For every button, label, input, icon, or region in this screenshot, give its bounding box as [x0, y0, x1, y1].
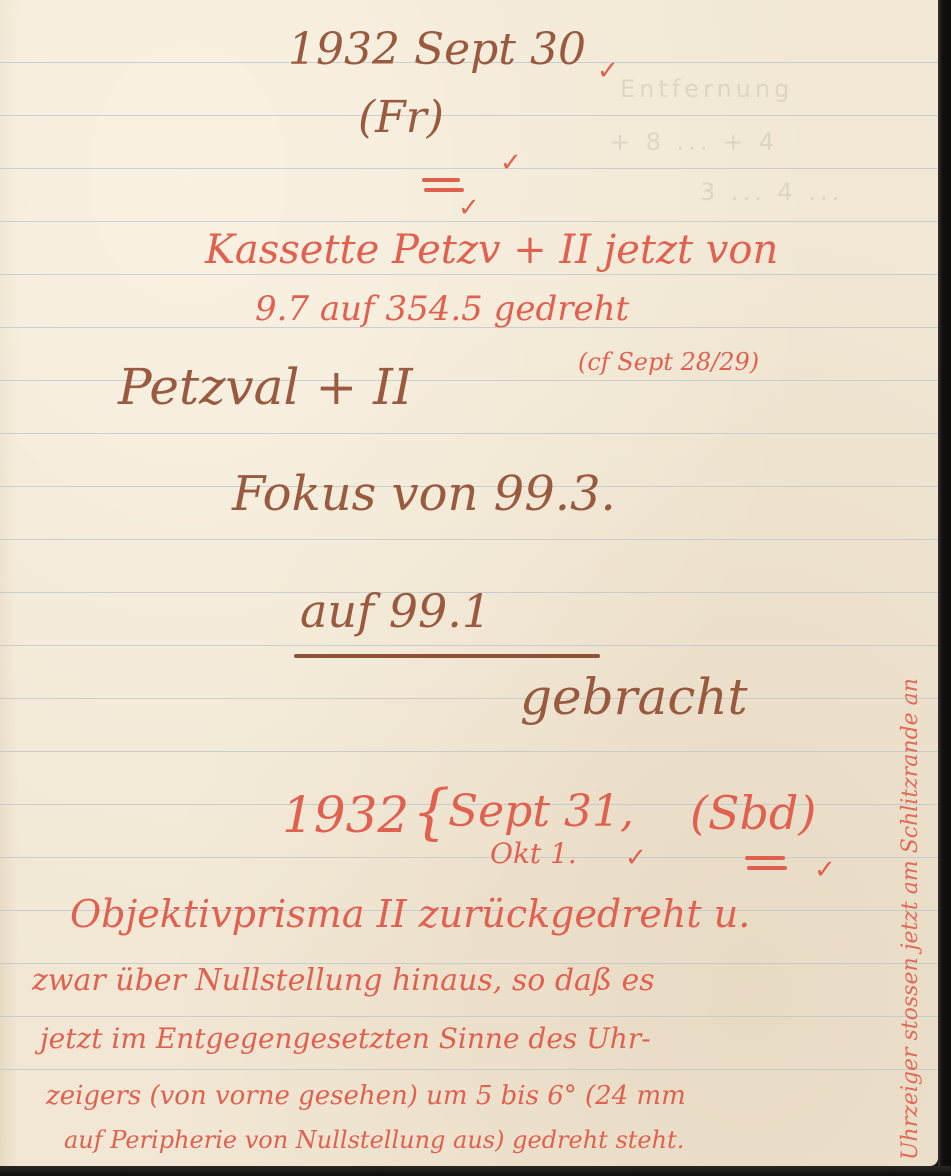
rule-line — [0, 698, 938, 699]
entry2-text-line: jetzt im Entgegengesetzten Sinne des Uhr… — [40, 1025, 651, 1053]
checkmark-icon: ✓ — [814, 857, 836, 883]
entry1-red-note-line2: 9.7 auf 354.5 gedreht — [255, 292, 629, 326]
double-underline — [747, 866, 787, 870]
entry1-lens: Petzval + II — [118, 362, 413, 412]
entry2-day: (Sbd) — [690, 790, 816, 836]
double-underline — [745, 856, 785, 860]
rule-line — [0, 168, 938, 169]
checkmark-icon: ✓ — [625, 845, 647, 871]
entry1-focus-line3: gebracht — [520, 672, 748, 722]
rule-line — [0, 115, 938, 116]
checkmark-icon: ✓ — [597, 58, 619, 84]
double-underline — [422, 178, 460, 182]
entry1-day: (Fr) — [358, 96, 444, 140]
entry2-date-line2: Okt 1. — [490, 840, 577, 868]
entry1-date: 1932 Sept 30 — [288, 28, 586, 72]
entry2-text-line: auf Peripherie von Nullstellung aus) ged… — [64, 1128, 684, 1152]
rule-line — [0, 751, 938, 752]
entry2-text-line: zeigers (von vorne gesehen) um 5 bis 6° … — [46, 1083, 686, 1109]
double-underline — [424, 188, 464, 192]
entry1-focus-line1: Fokus von 99.3. — [232, 470, 616, 518]
bleed-through-text: Entfernung — [620, 75, 793, 103]
bleed-through-text: 3 ... 4 ... — [700, 178, 843, 206]
bleed-through-text: + 8 ... + 4 — [610, 128, 778, 156]
rule-line — [0, 539, 938, 540]
margin-note-vertical: Uhrzeiger stossen jetzt am Schlitzrande … — [898, 678, 923, 1160]
rule-line — [0, 1016, 938, 1017]
rule-line — [0, 1069, 938, 1070]
rule-line — [0, 274, 938, 275]
checkmark-icon: ✓ — [500, 150, 522, 176]
rule-line — [0, 857, 938, 858]
checkmark-icon: ✓ — [458, 195, 480, 221]
notebook-binding-edge — [938, 0, 951, 1176]
entry2-text-line: Objektivprisma II zurückgedreht u. — [70, 895, 750, 933]
rule-line — [0, 645, 938, 646]
notebook-bottom-edge — [0, 1166, 951, 1176]
entry2-date-line1: Sept 31, — [448, 790, 634, 834]
entry1-focus-line2: auf 99.1 — [300, 588, 491, 634]
notebook-page: Entfernung + 8 ... + 4 3 ... 4 ... 1932 … — [0, 0, 938, 1166]
entry2-text-line: zwar über Nullstellung hinaus, so daß es — [32, 966, 655, 996]
underline — [294, 654, 600, 658]
brace: { — [412, 782, 450, 842]
entry2-date-year: 1932 — [282, 790, 409, 840]
entry1-red-note-ref: (cf Sept 28/29) — [578, 350, 759, 374]
entry1-red-note-line1: Kassette Petzv + II jetzt von — [205, 230, 778, 270]
rule-line — [0, 433, 938, 434]
